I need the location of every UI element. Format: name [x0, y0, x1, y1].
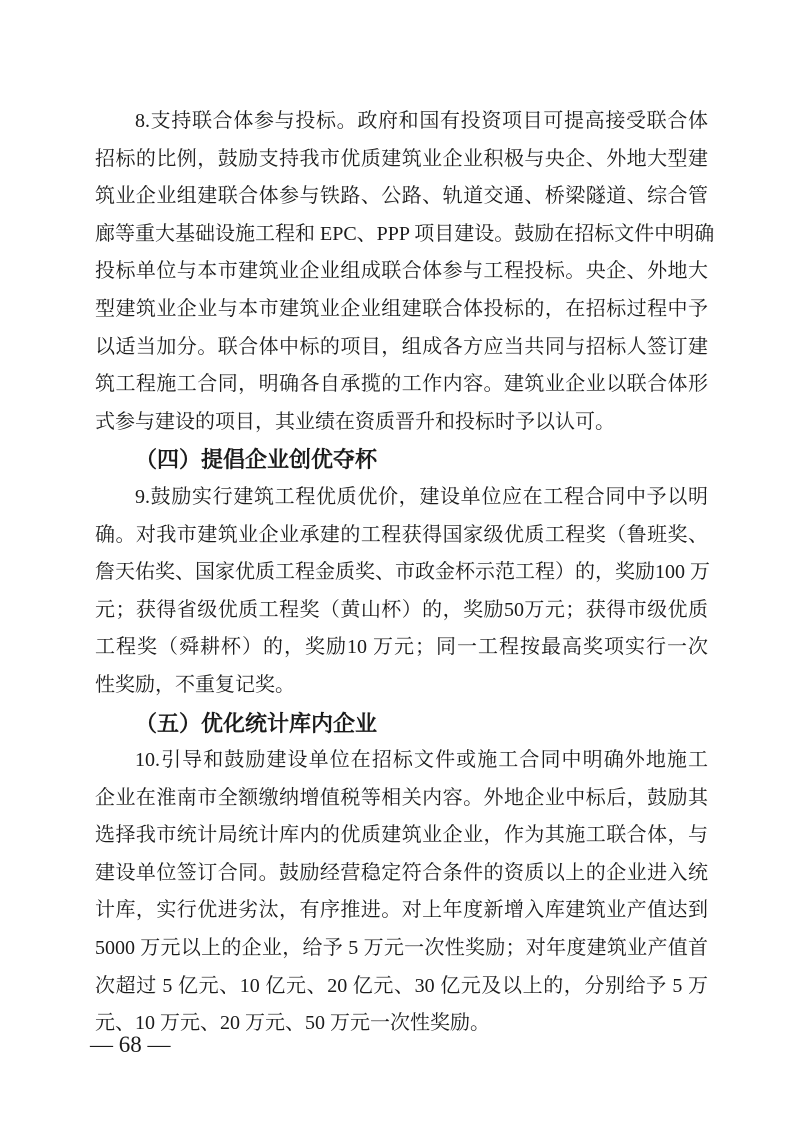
text-line: 9.鼓励实行建筑工程优质优价，建设单位应在工程合同中予以明: [95, 479, 708, 517]
text-line: 10.引导和鼓励建设单位在招标文件或施工合同中明确外地施工: [95, 742, 708, 780]
text-line: 性奖励，不重复记奖。: [95, 667, 708, 705]
text-line: 计库，实行优进劣汰，有序推进。对上年度新增入库建筑业产值达到: [95, 892, 708, 930]
text-line: 建设单位签订合同。鼓励经营稳定符合条件的资质以上的企业进入统: [95, 855, 708, 893]
text-line: 詹天佑奖、国家优质工程金质奖、市政金杯示范工程）的，奖励100 万: [95, 554, 708, 592]
text-line: 元、10 万元、20 万元、50 万元一次性奖励。: [95, 1005, 708, 1043]
text-line: 筑业企业组建联合体参与铁路、公路、轨道交通、桥梁隧道、综合管: [95, 178, 708, 216]
text-line: 企业在淮南市全额缴纳增值税等相关内容。外地企业中标后，鼓励其: [95, 780, 708, 818]
text-line: 次超过 5 亿元、10 亿元、20 亿元、30 亿元及以上的，分别给予 5 万: [95, 968, 708, 1006]
document-body: 8.支持联合体参与投标。政府和国有投资项目可提高接受联合体 招标的比例，鼓励支持…: [95, 103, 708, 1043]
text-line: 型建筑业企业与本市建筑业企业组建联合体投标的，在招标过程中予: [95, 291, 708, 329]
document-page: 8.支持联合体参与投标。政府和国有投资项目可提高接受联合体 招标的比例，鼓励支持…: [0, 0, 793, 1122]
page-number: — 68 —: [90, 1031, 171, 1059]
text-line: 式参与建设的项目，其业绩在资质晋升和投标时予以认可。: [95, 404, 708, 442]
text-line: 5000 万元以上的企业，给予 5 万元一次性奖励；对年度建筑业产值首: [95, 930, 708, 968]
text-line: 工程奖（舜耕杯）的，奖励10 万元；同一工程按最高奖项实行一次: [95, 629, 708, 667]
text-line: 招标的比例，鼓励支持我市优质建筑业企业积极与央企、外地大型建: [95, 141, 708, 179]
text-line: 确。对我市建筑业企业承建的工程获得国家级优质工程奖（鲁班奖、: [95, 517, 708, 555]
section-heading-4: （四）提倡企业创优夺杯: [95, 441, 708, 479]
text-line: 8.支持联合体参与投标。政府和国有投资项目可提高接受联合体: [95, 103, 708, 141]
text-line: 以适当加分。联合体中标的项目，组成各方应当共同与招标人签订建: [95, 329, 708, 367]
text-line: 廊等重大基础设施工程和 EPC、PPP 项目建设。鼓励在招标文件中明确: [95, 216, 708, 254]
text-line: 选择我市统计局统计库内的优质建筑业企业，作为其施工联合体，与: [95, 817, 708, 855]
section-heading-5: （五）优化统计库内企业: [95, 705, 708, 743]
text-line: 筑工程施工合同，明确各自承揽的工作内容。建筑业企业以联合体形: [95, 366, 708, 404]
text-line: 元；获得省级优质工程奖（黄山杯）的，奖励50万元；获得市级优质: [95, 592, 708, 630]
text-line: 投标单位与本市建筑业企业组成联合体参与工程投标。央企、外地大: [95, 253, 708, 291]
